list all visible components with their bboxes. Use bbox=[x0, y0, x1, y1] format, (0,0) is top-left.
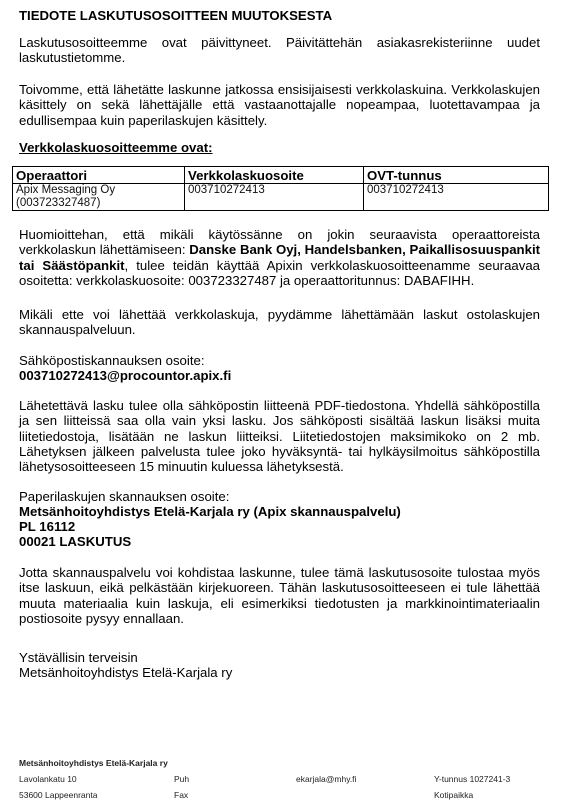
column-header-operator: Operaattori bbox=[13, 167, 185, 184]
footer-org-name: Metsänhoitoyhdistys Etelä-Karjala ry bbox=[19, 758, 168, 768]
footer-domicile-label: Kotipaikka bbox=[434, 790, 473, 800]
column-header-ovt: OVT-tunnus bbox=[364, 167, 549, 184]
einvoice-address-table: Operaattori Verkkolaskuosoite OVT-tunnus… bbox=[12, 166, 549, 211]
footer-email[interactable]: ekarjala@mhy.fi bbox=[296, 774, 356, 784]
email-rules-paragraph: Lähetettävä lasku tulee olla sähköpostin… bbox=[19, 398, 540, 474]
footer-street: Lavolankatu 10 bbox=[19, 774, 77, 784]
page-title: TIEDOTE LASKUTUSOSOITTEEN MUUTOKSESTA bbox=[19, 8, 332, 23]
einvoice-address-cell: 003710272413 bbox=[185, 184, 364, 211]
paper-note-paragraph: Jotta skannauspalvelu voi kohdistaa lask… bbox=[19, 565, 540, 626]
scanning-intro-paragraph: Mikäli ette voi lähettää verkkolaskuja, … bbox=[19, 307, 540, 338]
footer-city: 53600 Lappeenranta bbox=[19, 790, 97, 800]
paper-scan-address-line3: 00021 LASKUTUS bbox=[19, 534, 540, 549]
footer-business-id: Y-tunnus 1027241-3 bbox=[434, 774, 510, 784]
closing-greeting: Ystävällisin terveisin bbox=[19, 650, 540, 665]
email-scan-label: Sähköpostiskannauksen osoite: bbox=[19, 353, 540, 368]
operator-id: (003723327487) bbox=[16, 197, 181, 210]
footer-fax-label: Fax bbox=[174, 790, 188, 800]
operator-note-paragraph: Huomioittehan, että mikäli käytössänne o… bbox=[19, 227, 540, 288]
footer-phone-label: Puh bbox=[174, 774, 189, 784]
preference-paragraph: Toivomme, että lähetätte laskunne jatkos… bbox=[19, 82, 540, 128]
intro-paragraph: Laskutusosoitteemme ovat päivittyneet. P… bbox=[19, 35, 540, 66]
column-header-einvoice-address: Verkkolaskuosoite bbox=[185, 167, 364, 184]
closing-signature: Metsänhoitoyhdistys Etelä-Karjala ry bbox=[19, 665, 540, 680]
ovt-cell: 003710272413 bbox=[364, 184, 549, 211]
operator-name: Apix Messaging Oy bbox=[16, 184, 181, 197]
paper-scan-address-line1: Metsänhoitoyhdistys Etelä-Karjala ry (Ap… bbox=[19, 504, 540, 519]
operator-cell: Apix Messaging Oy (003723327487) bbox=[13, 184, 185, 211]
table-row: Apix Messaging Oy (003723327487) 0037102… bbox=[13, 184, 549, 211]
paper-scan-address-line2: PL 16112 bbox=[19, 519, 540, 534]
email-scan-address[interactable]: 003710272413@procountor.apix.fi bbox=[19, 368, 540, 383]
paper-scan-label: Paperilaskujen skannauksen osoite: bbox=[19, 489, 540, 504]
table-heading: Verkkolaskuosoitteemme ovat: bbox=[19, 140, 213, 155]
